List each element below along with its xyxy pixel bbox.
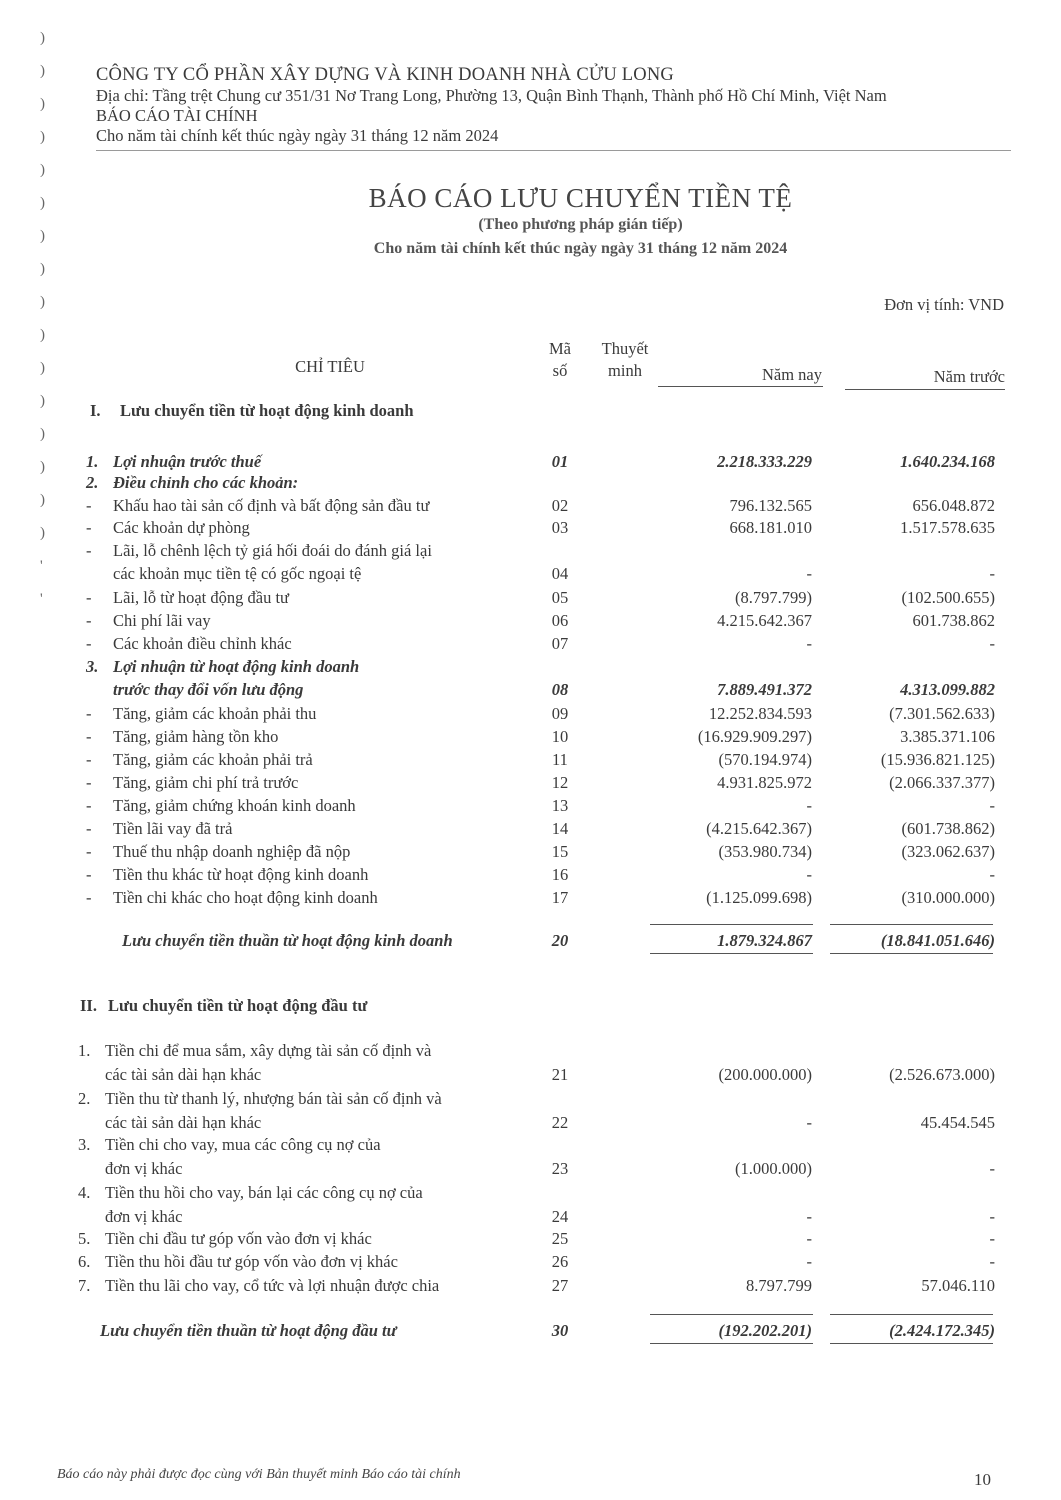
row-code: 02 — [540, 495, 580, 517]
row-code: 16 — [540, 864, 580, 886]
row-label: Lợi nhuận trước thuế — [113, 451, 261, 473]
row-current: - — [807, 563, 813, 585]
statement-title-block: BÁO CÁO LƯU CHUYỂN TIỀN TỆ (Theo phương … — [0, 183, 1061, 258]
table-row: 5.Tiền chi đầu tư góp vốn vào đơn vị khá… — [0, 1228, 1061, 1250]
row-code: 14 — [540, 818, 580, 840]
row-code: 12 — [540, 772, 580, 794]
row-previous: 601.738.862 — [913, 610, 996, 632]
row-label: Tăng, giảm các khoản phải trả — [113, 749, 313, 771]
row-code: 22 — [540, 1112, 580, 1134]
statement-method: (Theo phương pháp gián tiếp) — [100, 216, 1061, 234]
row-previous: (2.424.172.345) — [889, 1320, 995, 1342]
row-current: 7.889.491.372 — [717, 679, 812, 701]
document-header: CÔNG TY CỔ PHẦN XÂY DỰNG VÀ KINH DOANH N… — [96, 64, 1011, 151]
row-num: - — [86, 864, 108, 886]
row-code: 08 — [540, 679, 580, 701]
row-num: - — [86, 587, 108, 609]
row-code: 10 — [540, 726, 580, 748]
row-previous: 57.046.110 — [921, 1275, 995, 1297]
row-code: 04 — [540, 563, 580, 585]
row-num: - — [86, 818, 108, 840]
header-underline-previous — [845, 389, 1005, 390]
row-label: Chi phí lãi vay — [113, 610, 211, 632]
table-row: 4.Tiền thu hồi cho vay, bán lại các công… — [0, 1182, 1061, 1204]
total-underline — [830, 953, 993, 954]
company-address: Địa chỉ: Tầng trệt Chung cư 351/31 Nơ Tr… — [96, 86, 1011, 106]
row-previous: (601.738.862) — [902, 818, 996, 840]
total-underline — [830, 1343, 993, 1344]
table-row: 3.Lợi nhuận từ hoạt động kinh doanh — [0, 656, 1061, 678]
row-num: 2. — [86, 472, 108, 494]
page-number: 10 — [974, 1470, 991, 1490]
row-current: (570.194.974) — [719, 749, 813, 771]
table-row: 2.Tiền thu từ thanh lý, nhượng bán tài s… — [0, 1088, 1061, 1110]
row-code: 11 — [540, 749, 580, 771]
row-label: Tiền thu hồi đầu tư góp vốn vào đơn vị k… — [105, 1251, 398, 1273]
row-code: 25 — [540, 1228, 580, 1250]
table-row: đơn vị khác24-- — [0, 1206, 1061, 1228]
column-header-item: CHỈ TIÊU — [240, 356, 420, 378]
row-previous: (310.000.000) — [902, 887, 996, 909]
row-code: 13 — [540, 795, 580, 817]
row-num: I. — [90, 400, 112, 422]
row-num: - — [86, 610, 108, 632]
row-num: - — [86, 887, 108, 909]
column-header-current-year: Năm nay — [690, 364, 822, 386]
row-current: (4.215.642.367) — [706, 818, 812, 840]
row-num: - — [86, 772, 108, 794]
row-label: Các khoản điều chỉnh khác — [113, 633, 292, 655]
table-row: 6.Tiền thu hồi đầu tư góp vốn vào đơn vị… — [0, 1251, 1061, 1273]
table-row: 7.Tiền thu lãi cho vay, cổ tức và lợi nh… — [0, 1275, 1061, 1297]
row-current: 12.252.834.593 — [709, 703, 812, 725]
table-row: -Các khoản dự phòng03668.181.0101.517.57… — [0, 517, 1061, 539]
row-code: 05 — [540, 587, 580, 609]
table-row: -Tăng, giảm các khoản phải trả11(570.194… — [0, 749, 1061, 771]
row-code: 30 — [540, 1320, 580, 1342]
row-previous: - — [990, 1251, 996, 1273]
section-heading: I.Lưu chuyển tiền từ hoạt động kinh doan… — [0, 400, 1061, 422]
row-code: 17 — [540, 887, 580, 909]
row-num: 3. — [78, 1134, 100, 1156]
table-row: đơn vị khác23(1.000.000)- — [0, 1158, 1061, 1180]
row-label: Khấu hao tài sản cố định và bất động sản… — [113, 495, 429, 517]
row-label: các khoản mục tiền tệ có gốc ngoại tệ — [113, 563, 361, 585]
row-num: 6. — [78, 1251, 100, 1273]
row-label: Tiền thu khác từ hoạt động kinh doanh — [113, 864, 368, 886]
row-previous: - — [990, 1158, 996, 1180]
row-previous: 1.517.578.635 — [900, 517, 995, 539]
row-label: Tiền thu hồi cho vay, bán lại các công c… — [105, 1182, 423, 1204]
table-row: -Thuế thu nhập doanh nghiệp đã nộp15(353… — [0, 841, 1061, 863]
row-current: - — [807, 795, 813, 817]
row-current: - — [807, 1112, 813, 1134]
row-previous: (2.066.337.377) — [889, 772, 995, 794]
total-row: Lưu chuyển tiền thuần từ hoạt động đầu t… — [0, 1320, 1061, 1342]
table-row: -Tăng, giảm chứng khoán kinh doanh13-- — [0, 795, 1061, 817]
row-num: - — [86, 633, 108, 655]
table-row: 1.Lợi nhuận trước thuế012.218.333.2291.6… — [0, 451, 1061, 473]
row-current: 8.797.799 — [746, 1275, 812, 1297]
row-code: 15 — [540, 841, 580, 863]
row-num: - — [86, 795, 108, 817]
row-label: Tiền thu lãi cho vay, cổ tức và lợi nhuậ… — [105, 1275, 439, 1297]
row-previous: 656.048.872 — [913, 495, 996, 517]
row-code: 20 — [540, 930, 580, 952]
footer-note: Báo cáo này phải được đọc cùng với Bản t… — [57, 1467, 461, 1483]
row-current: 4.215.642.367 — [717, 610, 812, 632]
row-num: - — [86, 841, 108, 863]
row-code: 24 — [540, 1206, 580, 1228]
row-code: 27 — [540, 1275, 580, 1297]
row-num: - — [86, 517, 108, 539]
table-row: -Chi phí lãi vay064.215.642.367601.738.8… — [0, 610, 1061, 632]
row-label: Tiền chi khác cho hoạt động kinh doanh — [113, 887, 378, 909]
row-label: Lưu chuyển tiền từ hoạt động đầu tư — [108, 995, 367, 1017]
row-previous: (7.301.562.633) — [889, 703, 995, 725]
row-label: Tiền chi đầu tư góp vốn vào đơn vị khác — [105, 1228, 372, 1250]
row-current: - — [807, 1251, 813, 1273]
row-label: Lưu chuyển tiền thuần từ hoạt động đầu t… — [100, 1320, 396, 1342]
total-underline — [650, 1343, 813, 1344]
row-label: Lãi, lỗ từ hoạt động đầu tư — [113, 587, 289, 609]
row-label: Tăng, giảm các khoản phải thu — [113, 703, 316, 725]
row-current: (200.000.000) — [719, 1064, 813, 1086]
row-code: 21 — [540, 1064, 580, 1086]
row-label: Lãi, lỗ chênh lệch tỷ giá hối đoái do đá… — [113, 540, 432, 562]
section-heading: II.Lưu chuyển tiền từ hoạt động đầu tư — [0, 995, 1061, 1017]
total-row: Lưu chuyển tiền thuần từ hoạt động kinh … — [0, 930, 1061, 952]
row-label: trước thay đổi vốn lưu động — [113, 679, 303, 701]
row-previous: (323.062.637) — [902, 841, 996, 863]
row-code: 09 — [540, 703, 580, 725]
statement-title: BÁO CÁO LƯU CHUYỂN TIỀN TỆ — [100, 183, 1061, 214]
total-underline — [650, 924, 813, 925]
table-row: các khoản mục tiền tệ có gốc ngoại tệ04-… — [0, 563, 1061, 585]
row-num: - — [86, 495, 108, 517]
table-row: các tài sản dài hạn khác21(200.000.000)(… — [0, 1064, 1061, 1086]
header-divider — [96, 150, 1011, 151]
total-underline — [650, 953, 813, 954]
row-label: các tài sản dài hạn khác — [105, 1064, 261, 1086]
row-current: 1.879.324.867 — [717, 930, 812, 952]
row-current: - — [807, 864, 813, 886]
row-label: Tiền chi cho vay, mua các công cụ nợ của — [105, 1134, 381, 1156]
row-previous: (2.526.673.000) — [889, 1064, 995, 1086]
row-label: Tiền thu từ thanh lý, nhượng bán tài sản… — [105, 1088, 442, 1110]
row-label: Lưu chuyển tiền từ hoạt động kinh doanh — [120, 400, 414, 422]
row-current: (353.980.734) — [719, 841, 813, 863]
table-row: -Các khoản điều chỉnh khác07-- — [0, 633, 1061, 655]
row-code: 07 — [540, 633, 580, 655]
table-row: -Tăng, giảm hàng tồn kho10(16.929.909.29… — [0, 726, 1061, 748]
row-current: (192.202.201) — [719, 1320, 813, 1342]
row-code: 23 — [540, 1158, 580, 1180]
row-label: Các khoản dự phòng — [113, 517, 250, 539]
row-current: (8.797.799) — [735, 587, 812, 609]
row-previous: - — [990, 563, 996, 585]
company-name: CÔNG TY CỔ PHẦN XÂY DỰNG VÀ KINH DOANH N… — [96, 64, 1011, 86]
row-previous: 1.640.234.168 — [900, 451, 995, 473]
table-row: 3.Tiền chi cho vay, mua các công cụ nợ c… — [0, 1134, 1061, 1156]
table-row: trước thay đổi vốn lưu động087.889.491.3… — [0, 679, 1061, 701]
row-current: - — [807, 1228, 813, 1250]
report-period: Cho năm tài chính kết thúc ngày ngày 31 … — [96, 125, 1011, 147]
row-code: 03 — [540, 517, 580, 539]
row-label: Tiền chi để mua sắm, xây dựng tài sản cố… — [105, 1040, 431, 1062]
row-code: 06 — [540, 610, 580, 632]
column-header-note: Thuyết minh — [590, 338, 660, 382]
row-num: 1. — [86, 451, 108, 473]
row-current: - — [807, 1206, 813, 1228]
row-label: Điều chỉnh cho các khoản: — [113, 472, 298, 494]
row-num: - — [86, 703, 108, 725]
row-num: 4. — [78, 1182, 100, 1204]
row-code: 01 — [540, 451, 580, 473]
row-previous: 4.313.099.882 — [900, 679, 995, 701]
row-current: 796.132.565 — [730, 495, 813, 517]
row-previous: (15.936.821.125) — [881, 749, 995, 771]
row-num: 5. — [78, 1228, 100, 1250]
row-label: đơn vị khác — [105, 1158, 182, 1180]
statement-period: Cho năm tài chính kết thúc ngày ngày 31 … — [100, 240, 1061, 258]
row-num: 2. — [78, 1088, 100, 1110]
table-row: 1.Tiền chi để mua sắm, xây dựng tài sản … — [0, 1040, 1061, 1062]
row-num: 1. — [78, 1040, 100, 1062]
table-row: -Khấu hao tài sản cố định và bất động sả… — [0, 495, 1061, 517]
table-row: -Lãi, lỗ từ hoạt động đầu tư05(8.797.799… — [0, 587, 1061, 609]
row-previous: - — [990, 864, 996, 886]
row-previous: (102.500.655) — [902, 587, 996, 609]
row-num: 7. — [78, 1275, 100, 1297]
row-label: Thuế thu nhập doanh nghiệp đã nộp — [113, 841, 350, 863]
row-previous: (18.841.051.646) — [881, 930, 995, 952]
row-current: - — [807, 633, 813, 655]
total-underline — [830, 924, 993, 925]
table-row: 2.Điều chỉnh cho các khoản: — [0, 472, 1061, 494]
currency-unit: Đơn vị tính: VND — [884, 295, 1004, 315]
table-row: các tài sản dài hạn khác22-45.454.545 — [0, 1112, 1061, 1134]
report-type: BÁO CÁO TÀI CHÍNH — [96, 106, 1011, 125]
row-previous: - — [990, 1228, 996, 1250]
row-label: Lưu chuyển tiền thuần từ hoạt động kinh … — [122, 930, 453, 952]
table-row: -Tiền chi khác cho hoạt động kinh doanh1… — [0, 887, 1061, 909]
row-num: - — [86, 726, 108, 748]
header-underline-current — [658, 386, 823, 387]
row-label: Tăng, giảm hàng tồn kho — [113, 726, 278, 748]
row-num: 3. — [86, 656, 108, 678]
row-label: các tài sản dài hạn khác — [105, 1112, 261, 1134]
table-row: -Tăng, giảm chi phí trả trước124.931.825… — [0, 772, 1061, 794]
row-num: II. — [80, 995, 102, 1017]
row-previous: - — [990, 1206, 996, 1228]
table-row: -Tiền thu khác từ hoạt động kinh doanh16… — [0, 864, 1061, 886]
row-previous: - — [990, 633, 996, 655]
table-row: -Tiền lãi vay đã trả14(4.215.642.367)(60… — [0, 818, 1061, 840]
table-row: -Lãi, lỗ chênh lệch tỷ giá hối đoái do đ… — [0, 540, 1061, 562]
column-header-previous-year: Năm trước — [870, 366, 1005, 388]
row-label: Lợi nhuận từ hoạt động kinh doanh — [113, 656, 359, 678]
total-underline — [650, 1314, 813, 1315]
row-label: Tiền lãi vay đã trả — [113, 818, 232, 840]
row-num: - — [86, 540, 108, 562]
row-current: 2.218.333.229 — [717, 451, 812, 473]
row-current: (1.125.099.698) — [706, 887, 812, 909]
row-previous: - — [990, 795, 996, 817]
row-code: 26 — [540, 1251, 580, 1273]
row-current: (16.929.909.297) — [698, 726, 812, 748]
row-label: Tăng, giảm chứng khoán kinh doanh — [113, 795, 356, 817]
row-label: đơn vị khác — [105, 1206, 182, 1228]
row-current: 668.181.010 — [730, 517, 813, 539]
row-num: - — [86, 749, 108, 771]
total-underline — [830, 1314, 993, 1315]
row-label: Tăng, giảm chi phí trả trước — [113, 772, 298, 794]
row-current: (1.000.000) — [735, 1158, 812, 1180]
column-header-code: Mã số — [540, 338, 580, 382]
row-previous: 3.385.371.106 — [900, 726, 995, 748]
row-previous: 45.454.545 — [921, 1112, 995, 1134]
row-current: 4.931.825.972 — [717, 772, 812, 794]
table-row: -Tăng, giảm các khoản phải thu0912.252.8… — [0, 703, 1061, 725]
